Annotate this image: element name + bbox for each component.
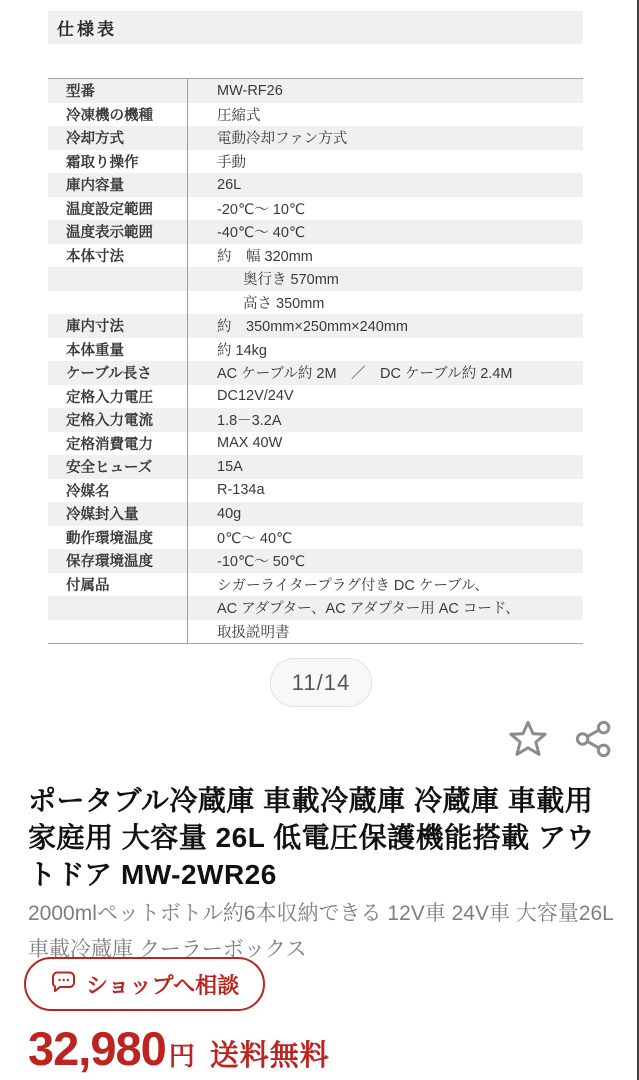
spec-row-value: 26L [188,173,241,197]
spec-row-value: 約 350mm×250mm×240mm [188,314,408,338]
spec-row-value: シガーライタープラグ付き DC ケーブル、 [188,573,489,597]
spec-row-value: 高さ 350mm [188,291,324,315]
spec-row: 安全ヒューズ 15A [48,455,583,479]
spec-row: 本体重量 約 14kg [48,338,583,362]
spec-row-value: AC アダプター、AC アダプター用 AC コード、 [188,596,520,620]
spec-table-title: 仕様表 [57,15,117,40]
spec-row-value: MAX 40W [188,432,282,456]
spec-row: ケーブル長さ AC ケーブル約 2M ／ DC ケーブル約 2.4M [48,361,583,385]
spec-row-value: DC12V/24V [188,385,294,409]
spec-row-value: 圧縮式 [188,103,261,127]
spec-row: 保存環境温度 -10℃～ 50℃ [48,549,583,573]
spec-row: 冷媒封入量 40g [48,502,583,526]
spec-row: 本体寸法 約 幅 320mm [48,244,583,268]
spec-row-label: 庫内容量 [48,173,188,197]
spec-row-value: -10℃～ 50℃ [188,549,305,573]
carousel-page-indicator: 11/14 [270,658,372,707]
spec-row-label: 定格入力電流 [48,408,188,432]
spec-row-label: 定格消費電力 [48,432,188,456]
spec-row: 付属品 シガーライタープラグ付き DC ケーブル、 [48,573,583,597]
spec-row-value: 1.8－3.2A [188,408,282,432]
spec-row-label: 冷凍機の機種 [48,103,188,127]
spec-row-label: 冷媒封入量 [48,502,188,526]
spec-row-label: 霜取り操作 [48,150,188,174]
spec-row: 型番 MW-RF26 [48,79,583,103]
product-title: ポータブル冷蔵庫 車載冷蔵庫 冷蔵庫 車載用 家庭用 大容量 26L 低電圧保護… [28,782,614,893]
price-row: 32,980 円 送料無料 [28,1021,330,1076]
spec-row-value: AC ケーブル約 2M ／ DC ケーブル約 2.4M [188,361,512,385]
spec-row-label [48,291,188,315]
spec-row-label: 保存環境温度 [48,549,188,573]
spec-row-value: -40℃～ 40℃ [188,220,305,244]
spec-row-value: 取扱説明書 [188,620,290,644]
spec-row-value: 約 幅 320mm [188,244,313,268]
spec-row-label: 本体重量 [48,338,188,362]
spec-row-value: -20℃～ 10℃ [188,197,305,221]
spec-row-label: 動作環境温度 [48,526,188,550]
spec-row-label: 温度設定範囲 [48,197,188,221]
spec-row-label: 安全ヒューズ [48,455,188,479]
spec-row-label: 型番 [48,79,188,103]
spec-row-label: 冷媒名 [48,479,188,503]
spec-row: 奥行き 570mm [48,267,583,291]
spec-row-value: 手動 [188,150,246,174]
spec-row-value: 15A [188,455,243,479]
spec-row: 冷凍機の機種 圧縮式 [48,103,583,127]
spec-row: 定格入力電流 1.8－3.2A [48,408,583,432]
carousel-page-indicator-label: 11/14 [292,670,350,696]
spec-row-label: 冷却方式 [48,126,188,150]
spec-row-label: 温度表示範囲 [48,220,188,244]
spec-row: 定格消費電力 MAX 40W [48,432,583,456]
spec-row: 庫内寸法 約 350mm×250mm×240mm [48,314,583,338]
spec-row: 温度表示範囲 -40℃～ 40℃ [48,220,583,244]
consult-shop-button-label: ショップへ相談 [86,969,239,1000]
spec-row-value: 40g [188,502,241,526]
spec-row: 取扱説明書 [48,620,583,644]
spec-row: 庫内容量 26L [48,173,583,197]
share-button[interactable] [573,718,615,760]
spec-row-value: 奥行き 570mm [188,267,339,291]
favorite-button[interactable] [507,718,549,760]
price-amount: 32,980 [28,1021,166,1076]
spec-table-body: 型番 MW-RF26 冷凍機の機種 圧縮式 冷却方式 電動冷却ファン方式 霜取り… [48,79,583,643]
product-page: 仕様表 型番 MW-RF26 冷凍機の機種 圧縮式 冷却方式 電動冷却ファン方式… [0,0,639,1080]
star-icon [507,748,549,763]
free-shipping-badge: 送料無料 [210,1033,330,1074]
spec-row: 温度設定範囲 -20℃～ 10℃ [48,197,583,221]
spec-row-label: 定格入力電圧 [48,385,188,409]
spec-row-label [48,596,188,620]
price-unit: 円 [169,1036,195,1073]
spec-row-value: R-134a [188,479,265,503]
spec-row: 霜取り操作 手動 [48,150,583,174]
spec-row-label [48,620,188,644]
spec-table-title-band: 仕様表 [48,11,583,44]
spec-row: AC アダプター、AC アダプター用 AC コード、 [48,596,583,620]
chat-bubble-icon [50,968,77,1001]
spec-row-value: MW-RF26 [188,79,283,103]
spec-row: 高さ 350mm [48,291,583,315]
spec-row: 冷却方式 電動冷却ファン方式 [48,126,583,150]
spec-row-value: 0℃～ 40℃ [188,526,292,550]
spec-row-label [48,267,188,291]
share-icon [573,748,615,763]
spec-row-value: 電動冷却ファン方式 [188,126,347,150]
spec-row: 冷媒名 R-134a [48,479,583,503]
spec-row-label: ケーブル長さ [48,361,188,385]
spec-row-label: 本体寸法 [48,244,188,268]
spec-row-value: 約 14kg [188,338,267,362]
spec-row-label: 庫内寸法 [48,314,188,338]
spec-row: 動作環境温度 0℃～ 40℃ [48,526,583,550]
spec-row-label: 付属品 [48,573,188,597]
spec-row: 定格入力電圧 DC12V/24V [48,385,583,409]
spec-table: 型番 MW-RF26 冷凍機の機種 圧縮式 冷却方式 電動冷却ファン方式 霜取り… [48,78,583,644]
consult-shop-button[interactable]: ショップへ相談 [24,957,265,1011]
